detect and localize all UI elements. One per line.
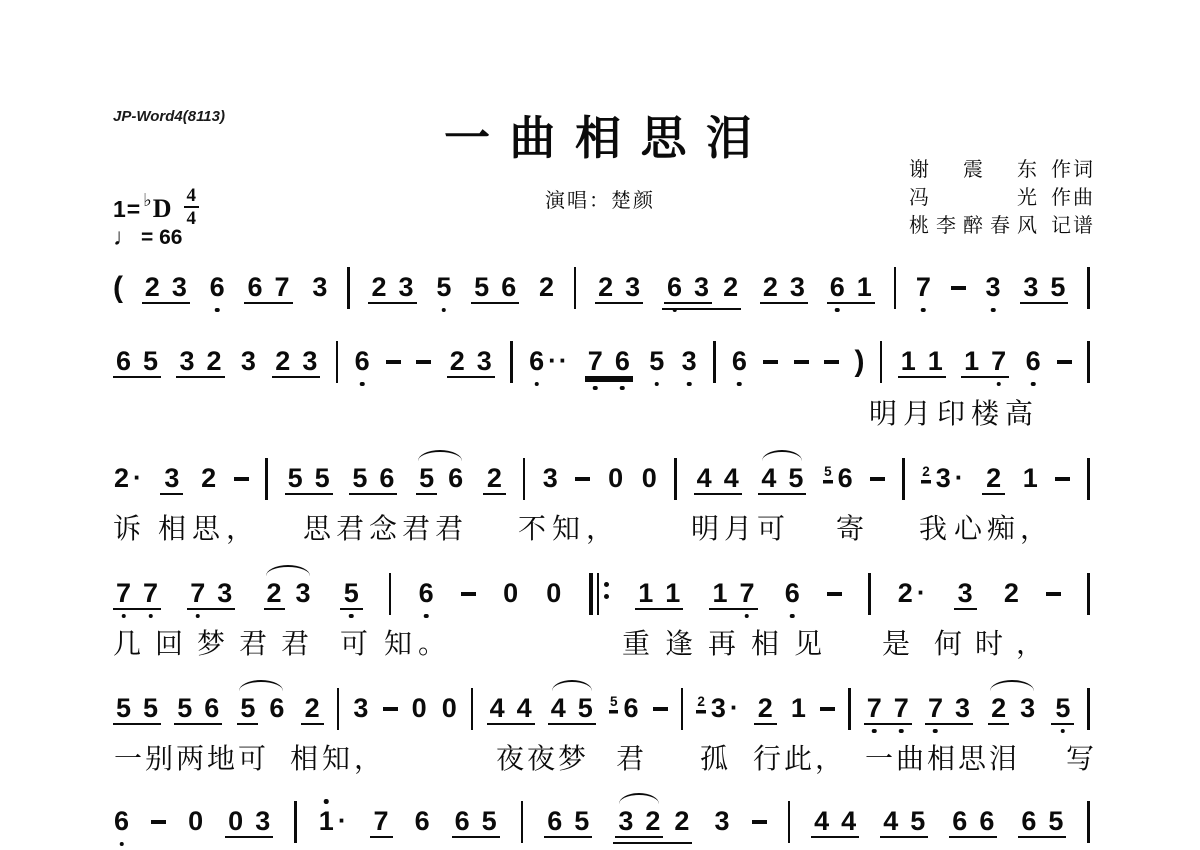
note: 3 [1019,693,1036,723]
note: 1· [318,806,349,836]
low-octave-dot [745,614,750,619]
note: 5 [287,463,304,493]
low-octave-dot [991,308,996,313]
lyric-segment: 明月可 [691,507,790,547]
lyric-segment: 可 [340,622,368,662]
low-octave-dot [360,382,365,387]
note-group: 11 [898,346,946,378]
note: 6 [447,463,464,493]
barline [265,458,268,500]
note: 6 [731,346,748,376]
low-octave-dot [215,308,220,313]
note-group: 67 [244,272,292,304]
note: 0 [545,578,562,608]
note: 7 [142,578,159,608]
note: 7 [915,272,932,302]
note-group: 65 [544,806,592,838]
lyric-segment: 几回梦君君 [113,622,323,662]
barline [713,341,716,383]
note-group: 5 [416,463,437,495]
low-octave-dot [1031,382,1036,387]
grace-note: 5 [823,465,833,481]
barline [880,341,883,383]
note: 6 [614,346,631,376]
note: 0 [411,693,428,723]
note: 0 [187,806,204,836]
note: 5 [1049,272,1066,302]
note-group: 23 [368,272,416,304]
note-group: 56 [349,463,397,495]
note: 6 [454,806,471,836]
note-group: 632 [662,272,741,310]
dash-note [383,707,398,711]
barline [1087,458,1090,500]
note: 2 [266,578,283,608]
barline [336,341,339,383]
note: 56 [823,463,854,493]
note: 2· [113,463,144,493]
note-group: 45 [548,693,596,725]
note: 3 [254,806,271,836]
key-letter: D [153,194,172,224]
note: 0 [227,806,244,836]
note: 2 [1003,578,1020,608]
low-octave-dot [593,386,598,391]
note: 3 [624,272,641,302]
grace-note: 2 [921,465,931,481]
note: 3 [171,272,188,302]
note: 6 [1025,346,1042,376]
note-group: 65 [113,346,161,378]
note-group: 56 [235,693,287,729]
low-octave-dot [655,382,660,387]
note: 7 [587,346,604,376]
note: 4 [696,463,713,493]
note: 6 [209,272,226,302]
time-denominator: 4 [184,208,200,228]
augmentation-dot: · [133,463,144,491]
low-octave-dot [148,614,153,619]
note: 7 [189,578,206,608]
note: 5 [314,463,331,493]
note: 5 [142,346,159,376]
note-group: 5 [237,693,258,725]
low-octave-dot [899,729,904,734]
note: 2 [274,346,291,376]
barline [1087,573,1090,615]
dash-note [653,707,668,711]
low-octave-dot [121,614,126,619]
low-octave-dot [996,382,1001,387]
note-group: 23 [760,272,808,304]
note: 3 [1022,272,1039,302]
lyric-segment: 何时， [934,622,1057,662]
note: 4 [882,806,899,836]
augmentation-dot: · [338,806,349,834]
note: 4 [489,693,506,723]
note: 3 [713,806,730,836]
note-group: 35 [1020,272,1068,304]
low-octave-dot [872,729,877,734]
credit-lyricist: 谢震东 作词 [909,156,1095,184]
barline [347,267,350,309]
note: 3 [789,272,806,302]
note: 3 [954,578,977,610]
music-line-2: 65323236236··76536)11176 [113,346,1090,383]
augmentation-dot: · [917,578,928,606]
note: 5 [473,272,490,302]
note: 4 [516,693,533,723]
note-group: 55 [285,463,333,495]
note: 5 [573,806,590,836]
note: 6 [500,272,517,302]
note: 5 [787,463,804,493]
note: 23· [696,693,740,723]
time-signature: 4 4 [184,186,200,228]
note: 1 [900,346,917,376]
low-octave-dot [737,382,742,387]
music-line-5: 555656230044455623·217773235 [113,693,1090,730]
quarter-note-icon: ♩ [113,224,137,252]
note: 5 [340,578,363,610]
time-numerator: 4 [184,186,200,208]
credit-role: 记谱 [1051,212,1095,240]
dash-note [1046,592,1061,596]
note: 6 [666,272,683,302]
note: 3 [240,346,257,376]
note: 3 [398,272,415,302]
note: 5 [115,693,132,723]
note-group: 76 [585,346,633,378]
low-octave-dot [119,842,124,847]
note-group: 61 [827,272,875,304]
barline [894,267,897,309]
low-octave-dot [835,308,840,313]
note: 1 [664,578,681,608]
note: 3 [178,346,195,376]
low-octave-dot [933,729,938,734]
low-octave-dot [534,382,539,387]
credit-role: 作词 [1051,156,1095,184]
note: 7 [274,272,291,302]
lyric-segment: 一别两地可 [114,737,269,777]
note-group: 56 [414,463,466,499]
low-octave-dot [687,382,692,387]
note: 3 [311,272,328,302]
barline [681,688,684,730]
lyric-segment: 心痴， [954,507,1053,547]
lyric-segment: 夜夜梦 [496,737,589,777]
note: 6 [203,693,220,723]
note-group: 17 [961,346,1009,378]
lyric-segment: 是 [882,622,910,662]
note: 7 [738,578,755,608]
note: 5 [577,693,594,723]
note: 4 [813,806,830,836]
credit-transcriber: 桃李醉春风 记谱 [909,212,1095,240]
note: 6 [546,806,563,836]
low-octave-dot [196,614,201,619]
note: 7 [370,806,393,838]
note: 1 [856,272,873,302]
low-octave-dot [620,386,625,391]
note: 3 [985,272,1002,302]
note: 5 [909,806,926,836]
note: 23· [921,463,965,493]
note: 6 [1020,806,1037,836]
music-line-4: 7773235600111762·32 [113,578,1090,615]
key-prefix: 1= [113,196,141,223]
note: 2 [144,272,161,302]
dash-note [386,360,401,364]
note-group: 23 [262,578,314,614]
note: 2 [205,346,222,376]
note: 3 [954,693,971,723]
note: 6 [784,578,801,608]
barline [574,267,577,309]
barline [674,458,677,500]
note: 1 [1022,463,1039,493]
note: 1 [637,578,654,608]
note: 0 [441,693,458,723]
credit-name: 谢震东 [909,156,1037,184]
repeat-begin-barline [589,573,610,615]
note: 6 [268,693,285,723]
note: 4 [550,693,567,723]
dash-note [1057,360,1072,364]
note: 4 [760,463,777,493]
barline [902,458,905,500]
note: 7 [893,693,910,723]
note: 7 [990,346,1007,376]
dash-note [461,592,476,596]
note: 5 [176,693,193,723]
note-group: 23 [986,693,1038,729]
note-group: 73 [925,693,973,725]
dash-note [416,360,431,364]
lyric-segment: 行此， [753,737,846,777]
note: 3 [352,693,369,723]
barline [868,573,871,615]
note: 4 [723,463,740,493]
note: 6 [115,346,132,376]
music-line-6: 60031·766565322344456665 [113,806,1090,844]
lyric-segment: 思君念君君 [303,507,468,547]
note: 2 [644,806,661,836]
lyric-segment: 不知， [518,507,620,547]
note-group: 65 [452,806,500,838]
note: 2 [301,693,324,725]
note: 6 [113,806,130,836]
note: 3 [693,272,710,302]
note: 6·· [528,346,569,376]
tempo-marking: ♩ = 66 [113,224,182,252]
music-line-3: 2·32555656230044455623·21 [113,463,1090,500]
barline [523,458,526,500]
note: 2 [762,272,779,302]
dash-note [870,477,885,481]
note-group: 66 [949,806,997,838]
note: 3 [216,578,233,608]
note-group: 17 [709,578,757,610]
note: 2 [982,463,1005,495]
grace-note: 5 [609,695,619,711]
note-group: 322 [613,806,692,844]
note: 2· [897,578,928,608]
note-group: 44 [487,693,535,725]
credits-block: 谢震东 作词 冯光 作曲 桃李醉春风 记谱 [909,156,1095,240]
dash-note [763,360,778,364]
note-group: 63 [664,272,712,304]
lyric-segment: 相思， [158,507,260,547]
note: 5 [142,693,159,723]
note: 1 [927,346,944,376]
grace-note: 2 [696,695,706,711]
note: 6 [978,806,995,836]
note: 3 [542,463,559,493]
flat-icon: ♭ [143,190,152,211]
note-group: 44 [811,806,859,838]
note: 5 [1047,806,1064,836]
dash-note [824,360,839,364]
lyric-segment: 我 [919,507,947,547]
lyric-segment: 君 [616,737,644,777]
lyric-segment: 寄 [836,507,864,547]
credit-name: 冯光 [909,184,1037,212]
note: 6 [378,463,395,493]
barline [848,688,851,730]
note-group: 45 [880,806,928,838]
note: 6 [354,346,371,376]
lyric-segment: 知。 [384,622,452,662]
close-paren: ) [854,346,864,378]
note: 4 [840,806,857,836]
note: 2 [597,272,614,302]
note-group: 23 [142,272,190,304]
augmentation-dot: ·· [548,346,569,374]
note-group: 23 [272,346,320,378]
tempo-value: = 66 [141,226,182,250]
dash-note [752,820,767,824]
note: 1 [790,693,807,723]
lyric-segment: 诉 [113,507,141,547]
dash-note [1055,477,1070,481]
note-group: 11 [635,578,683,610]
sheet-music-page: JP-Word4(8113) 一 曲 相 思 泪 演唱：楚颜 谢震东 作词 冯光… [0,0,1200,850]
note: 2 [483,463,506,495]
barline [337,688,340,730]
note-group: 2 [988,693,1009,725]
note: 6 [246,272,263,302]
note: 3 [681,346,698,376]
low-octave-dot [442,308,447,313]
note: 3 [160,463,183,495]
barline [471,688,474,730]
note-group: 32 [615,806,663,838]
credit-role: 作曲 [1051,184,1095,212]
credit-name: 桃李醉春风 [909,212,1037,240]
dash-note [575,477,590,481]
note-group: 56 [174,693,222,725]
low-octave-dot [672,308,677,313]
note-group: 55 [113,693,161,725]
note: 5 [481,806,498,836]
note: 5 [239,693,256,723]
note: 56 [609,693,640,723]
note: 7 [927,693,944,723]
note: 6 [951,806,968,836]
music-line-1: (2366732355622363223617335 [113,272,1090,310]
note-group: 56 [471,272,519,304]
dash-note [827,592,842,596]
barline [1087,341,1090,383]
note-group: 32 [176,346,224,378]
augmentation-dot: · [955,463,966,491]
barline [1087,801,1090,843]
low-octave-dot [424,614,429,619]
barline [294,801,297,843]
note: 7 [115,578,132,608]
lyric-segment: 一曲相思泪 [865,737,1020,777]
note: 1 [711,578,728,608]
note: 0 [607,463,624,493]
note: 2 [449,346,466,376]
open-paren: ( [113,272,123,304]
barline [389,573,392,615]
note: 1 [963,346,980,376]
note: 2 [538,272,555,302]
note: 6 [418,578,435,608]
note-group: 65 [1018,806,1066,838]
note-group: 77 [113,578,161,610]
note-group: 2 [264,578,285,610]
note: 3 [301,346,318,376]
low-octave-dot [1061,729,1066,734]
note: 3 [295,578,312,608]
note-group: 23 [595,272,643,304]
barline [1087,688,1090,730]
lyric-segment: 相知， [290,737,386,777]
low-octave-dot [790,614,795,619]
lyric-segment: 写 [1066,737,1094,777]
note: 5 [435,272,452,302]
note: 0 [502,578,519,608]
note: 3 [617,806,634,836]
low-octave-dot [921,308,926,313]
note: 7 [866,693,883,723]
dash-note [234,477,249,481]
note-group: 45 [758,463,806,495]
credit-composer: 冯光 作曲 [909,184,1095,212]
note: 5 [418,463,435,493]
dash-note [794,360,809,364]
note: 5 [648,346,665,376]
lyric-segment: 重逢再相见 [622,622,837,662]
note-group: 03 [225,806,273,838]
high-octave-dot [324,799,329,804]
barline [788,801,791,843]
dash-note [820,707,835,711]
lyric-segment: 明月印楼高 [869,392,1039,432]
note: 5 [1051,693,1074,725]
note-group: 73 [187,578,235,610]
note: 0 [641,463,658,493]
low-octave-dot [349,614,354,619]
dash-note [951,286,966,290]
barline [521,801,524,843]
lyric-segment: 孤 [700,737,728,777]
note: 6 [414,806,431,836]
